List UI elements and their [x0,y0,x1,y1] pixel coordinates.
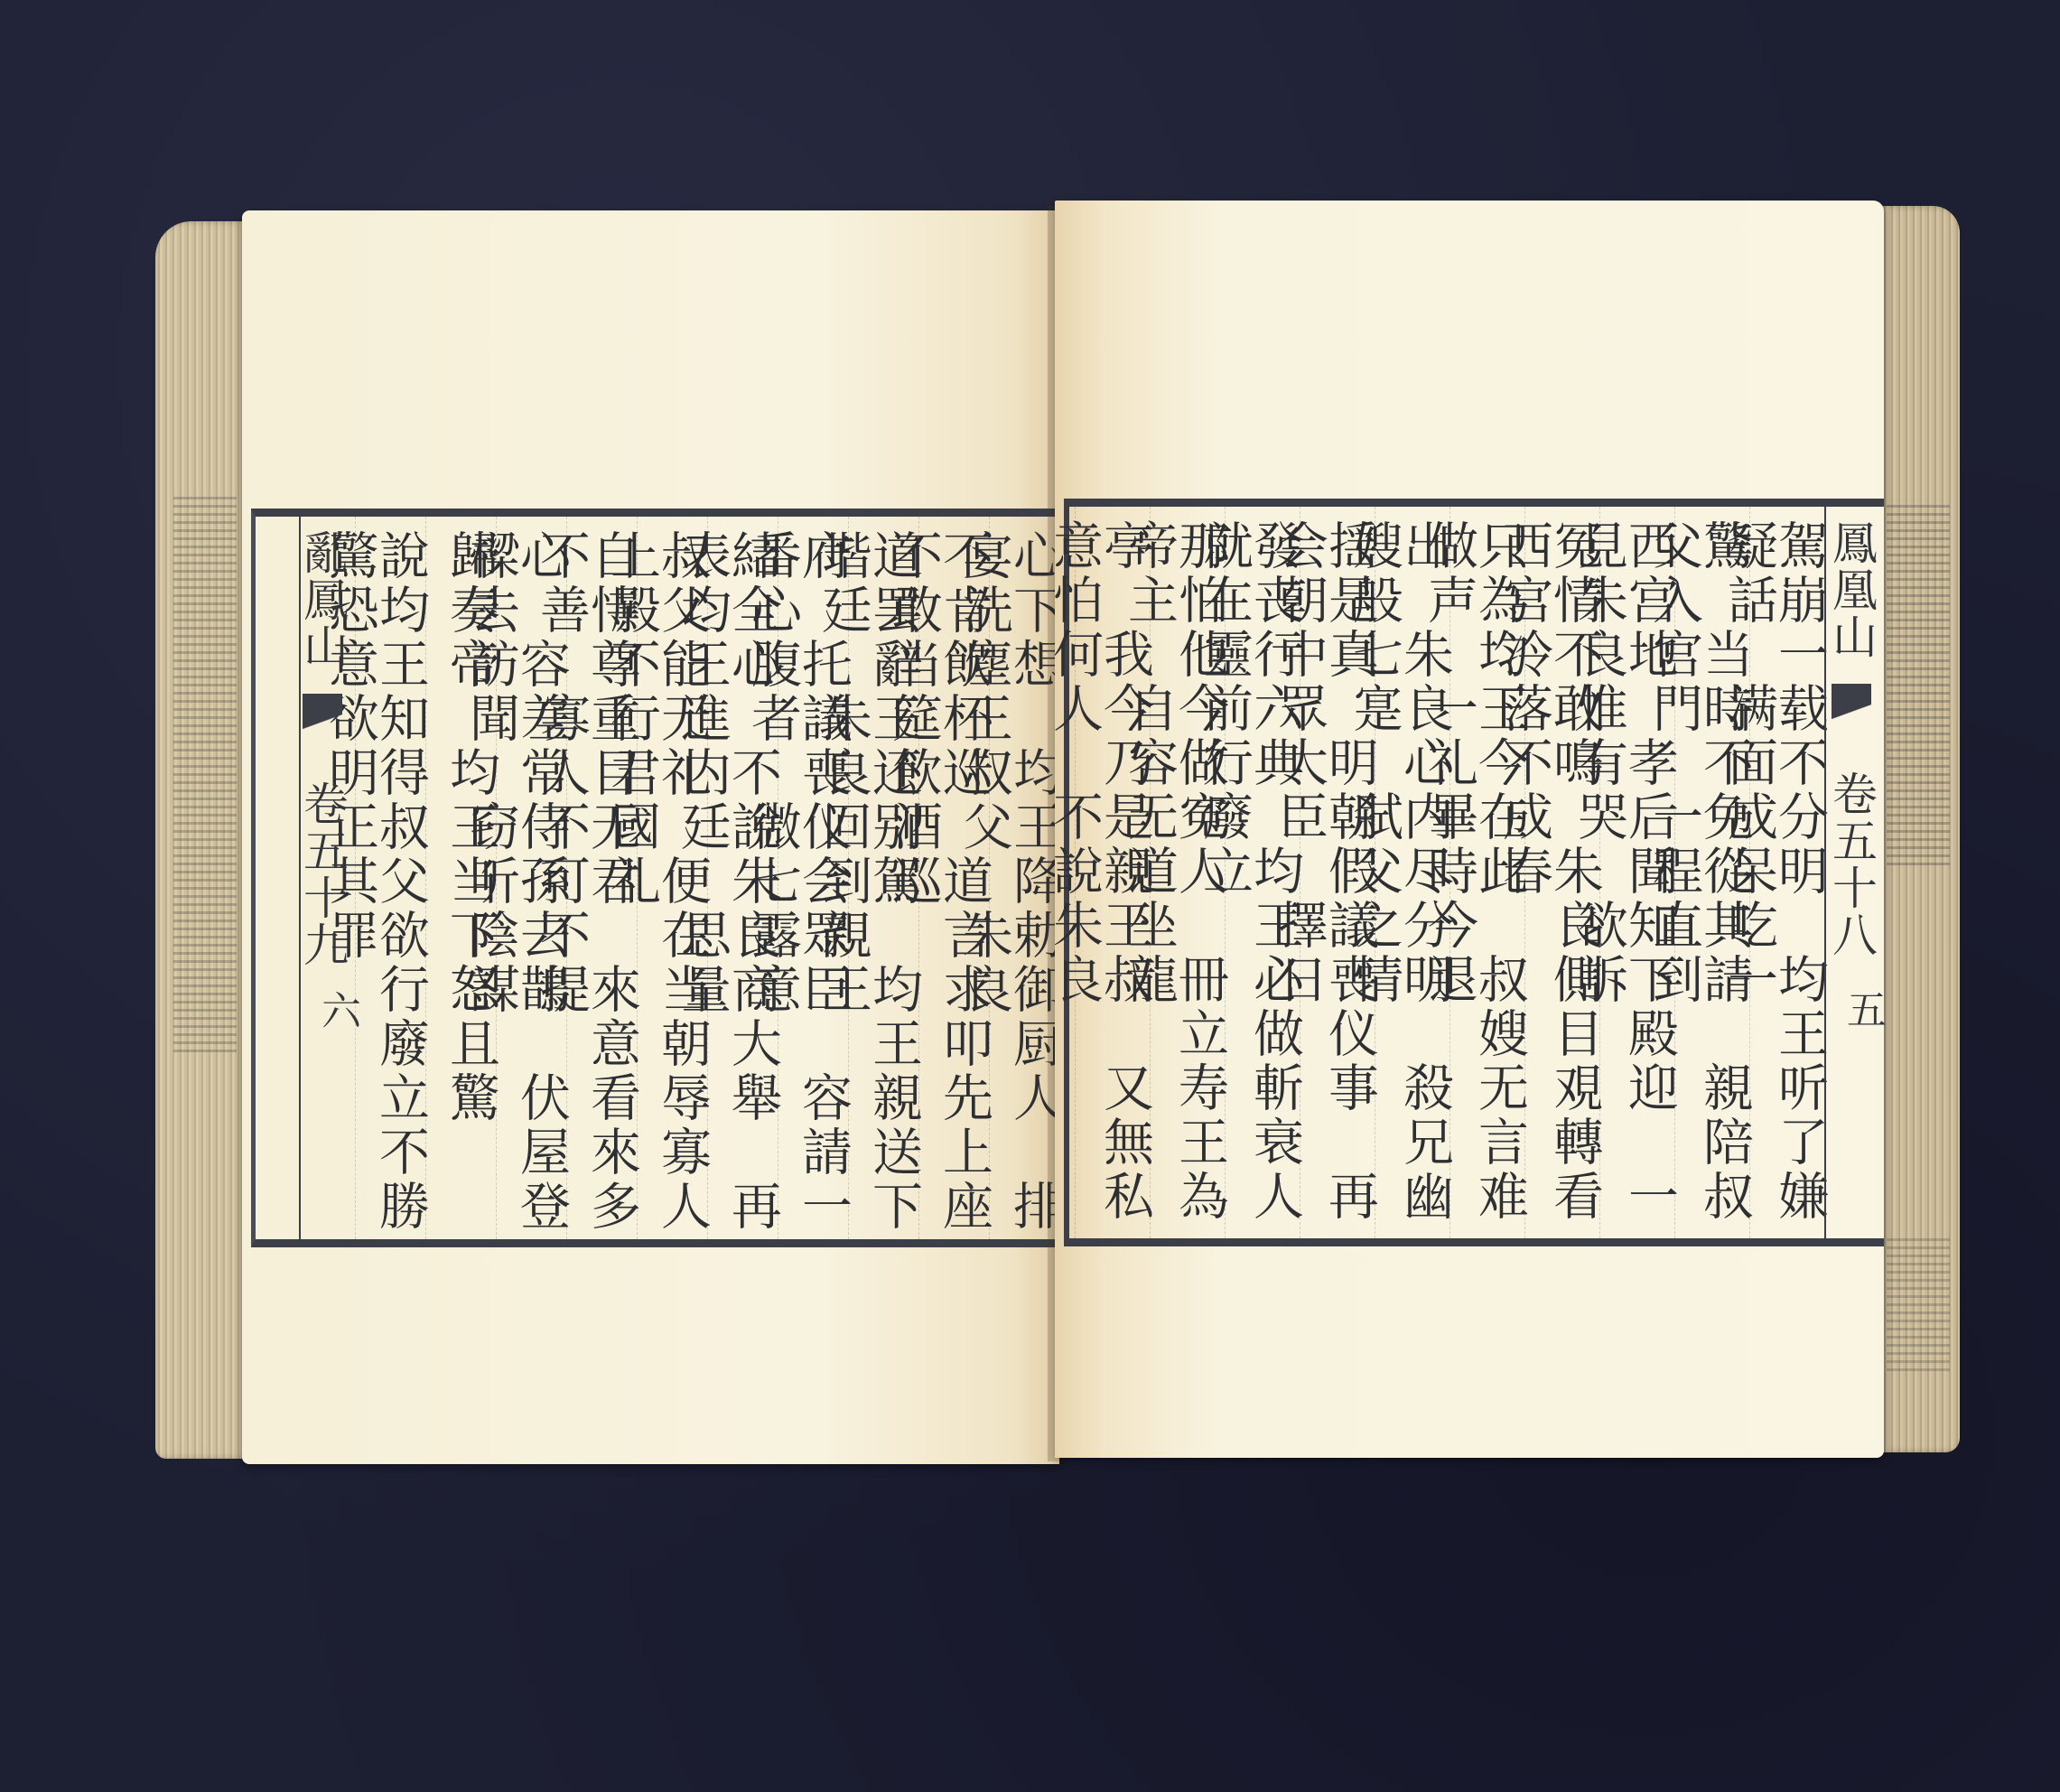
margin-title: 亂鳳山 [296,529,349,670]
margin-page-number: 五 [1833,989,1891,1031]
text-column: 駕崩一载不分明 均王听了嫌疑話 满面成呆吃一 [1749,507,1824,1238]
left-page-stack-edge [155,221,246,1459]
fish-tail-mark-icon [1832,684,1871,747]
page-margin-heading: 鳳凰山 卷五十八 五 [1824,507,1884,1238]
right-page-text-frame: 鳳凰山 卷五十八 五 駕崩一载不分明 均王听了嫌疑話 满面成呆吃一 驚 当時不免… [1064,499,1884,1246]
margin-title: 鳳凰山 [1825,519,1878,660]
fish-tail-mark-icon [303,694,342,757]
text-column: 說均王知得叔父欲行廢立不勝驚恐意欲明正其罪 [355,517,425,1239]
right-page-stack-edge [1881,206,1960,1452]
right-page: 鳳凰山 卷五十八 五 駕崩一载不分明 均王听了嫌疑話 满面成呆吃一 驚 当時不免… [1055,201,1884,1458]
margin-chapter: 卷五十九 [296,780,349,968]
margin-chapter: 卷五十八 [1825,770,1878,958]
left-page-text-frame: 心下想 均王降勅御厨人 排宴洗塵王叔父 朱良 不肯飲杯巡 道言求叩先上座 不敢当… [251,509,1059,1247]
left-page: 心下想 均王降勅御厨人 排宴洗塵王叔父 朱良 不肯飲杯巡 道言求叩先上座 不敢当… [242,210,1059,1464]
page-margin-heading: 亂鳳山 卷五十九 六 [299,517,355,1239]
margin-page-number: 六 [308,990,366,1031]
